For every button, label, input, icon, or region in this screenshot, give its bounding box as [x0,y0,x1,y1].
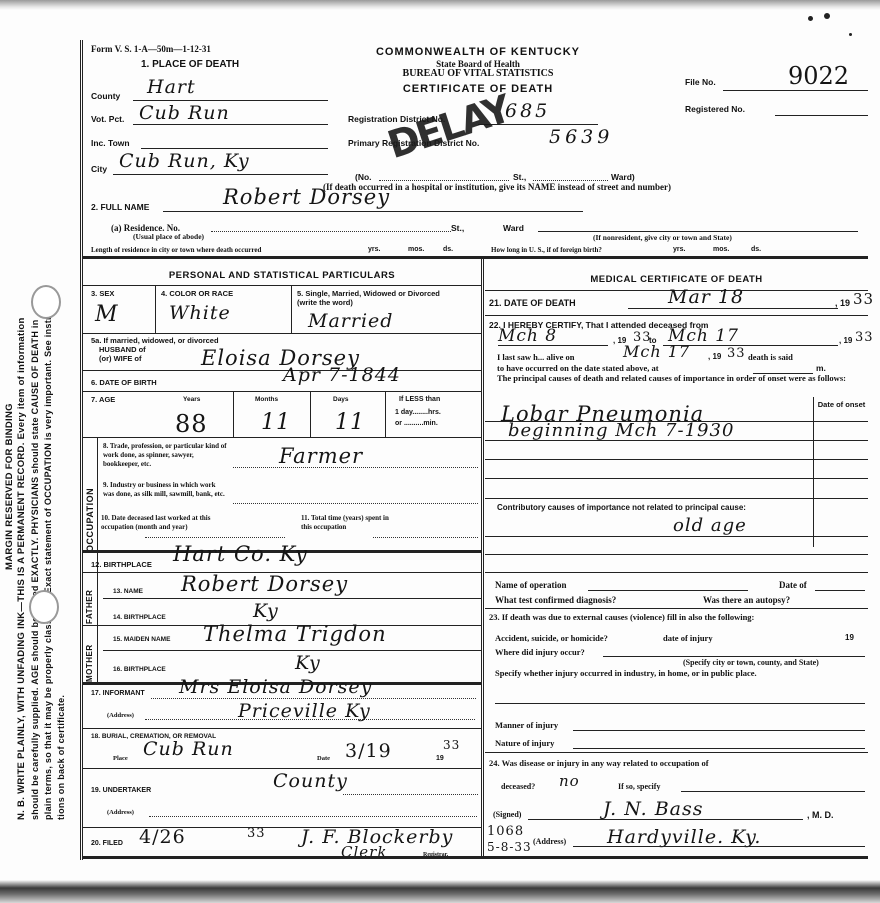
yrs-label: yrs. [368,246,380,253]
father-name-label: 13. NAME [113,588,143,595]
residence-st-label: St., [451,223,464,233]
section-divider [83,256,868,259]
mother-birthplace-value: Ky [295,652,321,674]
autopsy-label: Was there an autopsy? [703,595,790,605]
occupation-side-divider [97,437,98,575]
header-commonwealth: COMMONWEALTH OF KENTUCKY [353,46,603,58]
birthplace-value: Hart Co. Ky [173,542,308,566]
where-injury-label: Where did injury occur? [495,647,585,657]
scan-speck [849,33,852,36]
form-number: Form V. S. 1-A—50m—1-12-31 [91,44,211,54]
ds-label: ds. [751,246,761,253]
row-line [485,608,868,609]
total-time-label: 11. Total time (years) spent in this occ… [301,514,391,532]
yrs-label: yrs. [673,246,685,253]
cell-divider [233,391,234,437]
dob-label: 6. DATE OF BIRTH [91,378,157,387]
external-causes-label: 23. If death was due to external causes … [489,613,869,622]
cell-divider [310,391,311,437]
undertaker-label: 19. UNDERTAKER [91,787,151,794]
full-name-line [163,211,583,212]
row-line [83,391,481,392]
dob-value: Apr 7-1844 [283,364,401,386]
nature-of-injury-line [573,748,865,749]
column-divider [481,258,484,856]
burial-date-value: 3/19 [345,740,392,762]
m-label: m. [816,363,826,373]
where-injury-line [603,656,865,657]
age-months-value: 11 [261,410,291,435]
row-line [83,333,481,334]
specify-whether-label: Specify whether injury occurred in indus… [495,669,865,678]
burial-date-label: Date [317,755,330,762]
spouse-label-3: (or) WIFE of [99,354,142,363]
last-worked-label: 10. Date deceased last worked at this oc… [101,514,226,532]
street-st-label: St., [513,172,526,182]
delay-stamp: DELAY [382,87,514,167]
sex-value: M [95,302,119,327]
occurred-label: to have occurred on the date stated abov… [497,363,659,373]
nature-of-injury-label: Nature of injury [495,738,554,748]
margin-reserved-text: MARGIN RESERVED FOR BINDING [4,403,15,570]
vot-pct-line [133,124,328,125]
city-line [113,174,328,175]
md-label: , M. D. [807,810,834,820]
contributory-label: Contributory causes of importance not re… [497,503,757,512]
years-label: Years [183,396,200,403]
deceased-label: deceased? [501,782,535,791]
residence-line [211,231,451,232]
row-line [103,598,481,599]
mos-label: mos. [713,246,729,253]
cause-line [485,459,868,460]
cause-line [485,478,868,479]
medical-heading: MEDICAL CERTIFICATE OF DEATH [485,274,868,285]
mother-maiden-label: 15. MAIDEN NAME [113,636,170,643]
attended-from-value: Mch 8 [498,326,557,346]
foreign-birth-label: How long in U. S., if of foreign birth? [491,246,602,254]
onset-column-divider [813,397,814,547]
row-line [83,285,481,286]
attended-to-year: 33 [855,330,874,345]
date-of-line [815,590,865,591]
burial-year-value: 33 [443,738,460,752]
burial-place-value: Cub Run [143,738,234,760]
mother-maiden-value: Thelma Trigdon [203,622,387,646]
signature-line [528,819,803,820]
date-of-label: Date of [779,580,807,590]
informant-address-value: Priceville Ky [238,700,371,722]
row-line [103,650,481,651]
date-of-death-year-prefix: , 19 [835,298,850,308]
date-of-injury-label: date of injury [663,633,713,643]
year-19-label: , 19 [708,352,721,361]
county-value: Hart [147,76,196,98]
last-saw-year: 33 [727,346,746,361]
binding-margin: MARGIN RESERVED FOR BINDING N. B. WRITE … [0,60,78,860]
street-no-label: (No. [355,172,372,182]
one-day-label: 1 day........hrs. [395,409,441,416]
physician-address-line [573,846,865,847]
cause-line-2: beginning Mch 7-1930 [508,420,734,441]
residence-ward-label: Ward [503,223,524,233]
undertaker-value: County [273,770,348,792]
manner-of-injury-line [573,730,865,731]
punch-hole [31,285,61,319]
trade-label: 8. Trade, profession, or particular kind… [103,442,228,469]
age-days-value: 11 [335,410,365,435]
place-of-death-heading: 1. PLACE OF DEATH [141,59,239,70]
specify-line [681,791,865,792]
date-of-death-year: 33 [853,290,874,308]
full-name-label: 2. FULL NAME [91,202,149,212]
date-of-death-label: 21. DATE OF DEATH [489,298,576,308]
cell-divider [385,391,386,437]
street-no-line [379,180,509,181]
operation-label: Name of operation [495,580,567,590]
burial-year-prefix: 19 [436,755,444,762]
registered-no-label: Registered No. [685,104,745,114]
residence-sublabel: (Usual place of abode) [133,232,204,241]
mother-side-label: MOTHER [85,644,94,682]
industry-label: 9. Industry or business in which work wa… [103,481,228,499]
contributory-line [485,536,868,537]
or-min-label: or ..........min. [395,420,438,427]
attended-from-line [498,345,608,346]
personal-heading: PERSONAL AND STATISTICAL PARTICULARS [83,270,481,281]
occupation-related-label: 24. Was disease or injury in any way rel… [489,758,709,768]
row-line [83,437,481,438]
county-line [133,100,328,101]
informant-value: Mrs Eloisa Dorsey [179,676,372,698]
race-label: 4. COLOR OR RACE [161,289,233,298]
instructions-line-3: plain terms, so that it may be properly … [43,302,53,820]
contributory-line [485,572,868,573]
year-19-label: , 19 [839,336,852,345]
test-confirmed-label: What test confirmed diagnosis? [495,595,616,605]
cell-divider [291,285,292,333]
operation-line [588,590,748,591]
physician-signature: J. N. Bass [603,798,704,820]
date-of-onset-label: Date of onset [815,400,868,409]
file-no-label: File No. [685,77,716,87]
scan-bottom-edge [0,880,880,903]
mos-label: mos. [408,246,424,253]
header-bureau: BUREAU OF VITAL STATISTICS [353,68,603,79]
scan-speck [824,13,830,19]
full-name-value: Robert Dorsey [223,185,390,209]
inc-town-line [141,148,328,149]
contributory-value: old age [673,515,747,536]
date-of-death-line [628,308,838,309]
total-time-line [373,537,478,538]
margin-note-2: 5-8-33 [487,840,532,854]
death-said-label: death is said [748,352,793,362]
specify-location-note: (Specify city or town, county, and State… [683,658,819,667]
parent-side-divider [97,572,98,684]
margin-note-1: 1068 [487,824,524,839]
mother-birthplace-label: 16. BIRTHPLACE [113,666,166,673]
instructions-line-1: N. B. WRITE PLAINLY, WITH UNFADING INK—T… [16,317,27,820]
spouse-label-1: 5a. If married, widowed, or divorced [91,336,219,345]
cause-line [485,440,868,441]
contributory-line [485,554,868,555]
burial-place-label: Place [113,755,128,762]
physician-address-label: (Address) [533,837,566,846]
informant-line [151,698,476,699]
father-birthplace-label: 14. BIRTHPLACE [113,614,166,621]
instructions-line-4: tions on back of certificate. [56,695,66,820]
injury-year-prefix: 19 [845,633,854,642]
primary-district-value: 5639 [549,126,613,148]
last-worked-line [145,537,285,538]
cell-divider [155,285,156,333]
father-side-label: FATHER [85,590,94,624]
undertaker-address-line [149,816,477,817]
less-than-label: If LESS than [399,396,440,403]
if-so-specify-label: If so, specify [618,782,660,791]
physician-address-value: Hardyville. Ky. [607,826,761,848]
ds-label: ds. [443,246,453,253]
row-line [83,728,481,729]
file-no-value: 9022 [788,62,849,90]
informant-address-label: (Address) [107,712,134,719]
ward-line [533,180,608,181]
row-line [83,768,481,769]
inc-town-label: Inc. Town [91,138,130,148]
last-saw-value: Mch 17 [623,342,690,361]
undertaker-address-label: (Address) [107,809,134,816]
spouse-label-2: HUSBAND of [99,345,146,354]
sex-label: 3. SEX [91,289,114,298]
death-certificate-form: Form V. S. 1-A—50m—1-12-31 1. PLACE OF D… [80,40,868,860]
nonresident-note: (If nonresident, give city or town and S… [593,233,732,242]
filed-date-value: 4/26 [139,826,186,848]
county-label: County [91,91,120,101]
row-line [485,752,868,753]
occupation-side-label: OCCUPATION [85,488,95,552]
scan-top-edge [0,0,880,10]
date-of-death-value: Mar 18 [668,286,744,308]
last-saw-label: I last saw h... alive on [497,352,574,362]
registered-no-line [775,115,868,116]
residence-ward-line [538,231,858,232]
ward-label: Ward) [611,172,635,182]
row-line [83,370,481,371]
father-birthplace-value: Ky [253,600,279,622]
months-label: Months [255,396,278,403]
occupation-related-answer: no [559,772,580,790]
instructions-line-2: should be carefully supplied. AGE should… [30,319,40,820]
filed-label: 20. FILED [91,840,123,847]
principal-causes-label: The principal causes of death and relate… [497,373,867,383]
punch-hole [29,590,59,624]
filed-year-value: 33 [247,826,266,841]
accident-label: Accident, suicide, or homicide? [495,633,608,643]
vot-pct-label: Vot. Pct. [91,114,124,124]
industry-line [233,503,478,504]
length-residence-label: Length of residence in city or town wher… [91,246,261,254]
father-name-value: Robert Dorsey [181,572,348,596]
manner-of-injury-label: Manner of injury [495,720,558,730]
marital-value: Married [308,310,393,332]
row-line [485,315,868,316]
injury-line [495,703,865,704]
vot-pct-value: Cub Run [139,102,230,124]
age-label: 7. AGE [91,395,115,404]
city-label: City [91,164,107,174]
race-value: White [169,302,231,324]
trade-value: Farmer [279,444,363,468]
form-bottom-border [83,856,868,859]
informant-label: 17. INFORMANT [91,690,145,697]
cause-line [485,498,868,499]
days-label: Days [333,396,349,403]
undertaker-line [343,794,478,795]
signed-label: (Signed) [493,810,521,819]
birthplace-label: 12. BIRTHPLACE [91,560,152,569]
file-no-line [723,90,868,91]
marital-label: 5. Single, Married, Widowed or Divorced … [297,289,457,307]
age-years-value: 88 [175,410,208,438]
scan-speck [808,16,813,21]
city-value: Cub Run, Ky [119,150,250,172]
